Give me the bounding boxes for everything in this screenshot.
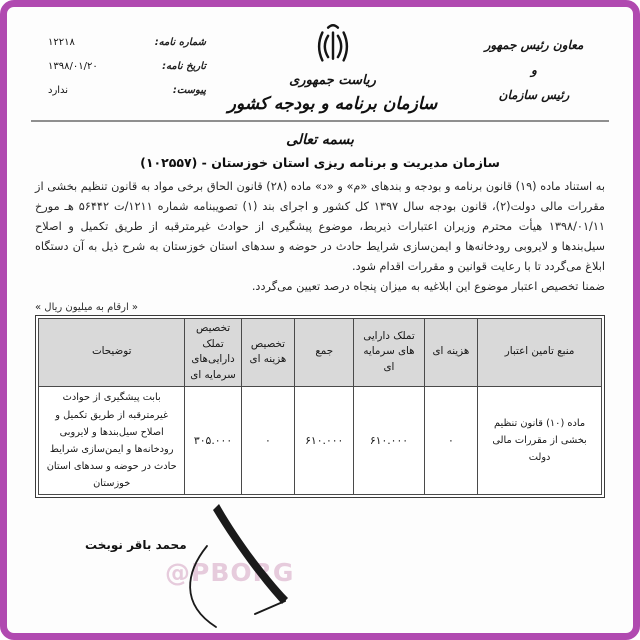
signature-icon <box>135 500 320 630</box>
header-cost: هزینه ای <box>424 318 477 387</box>
doc-title: سازمان مدیریت و برنامه ریزی استان خوزستا… <box>7 155 633 170</box>
cell-cost: ۰ <box>424 387 477 495</box>
deputy-title-line3: رئیس سازمان <box>459 83 609 108</box>
header-source: منبع تامین اعتبار <box>478 318 602 387</box>
header-total: جمع <box>295 318 354 387</box>
table-row: ماده (۱۰) قانون تنظیم بخشی از مقررات مال… <box>39 387 602 495</box>
deputy-title-line1: معاون رئیس جمهور <box>459 33 609 58</box>
deputy-title-line2: و <box>459 58 609 83</box>
org-block: ریاست جمهوری سازمان برنامه و بودجه کشور <box>206 21 459 114</box>
body-paragraph-2: ضمنا تخصیص اعتبار موضوع این ابلاغیه به م… <box>35 277 605 297</box>
meta-row-number: شماره نامه: ۱۲۲۱۸ <box>48 37 206 48</box>
letter-body: به استناد ماده (۱۹) قانون برنامه و بودجه… <box>35 177 605 298</box>
header-notes: توضیحات <box>39 318 185 387</box>
credit-table: منبع تامین اعتبار هزینه ای تملک دارایی ه… <box>38 318 602 496</box>
org-name: سازمان برنامه و بودجه کشور <box>206 94 459 114</box>
meta-label-attachment: پیوست: <box>173 85 206 96</box>
meta-row-date: تاریخ نامه: ۱۳۹۸/۰۱/۲۰ <box>48 61 206 72</box>
body-paragraph-1: به استناد ماده (۱۹) قانون برنامه و بودجه… <box>35 177 605 277</box>
credit-table-wrap: منبع تامین اعتبار هزینه ای تملک دارایی ه… <box>35 315 605 499</box>
cell-notes: بابت پیشگیری از حوادث غیرمترقبه از طریق … <box>39 387 185 495</box>
iran-emblem-icon <box>315 21 351 71</box>
document-frame: معاون رئیس جمهور و رئیس سازمان ریاست جمه… <box>0 0 640 640</box>
meta-label-number: شماره نامه: <box>155 37 206 48</box>
header-capital-assets: تملک دارایی های سرمایه ای <box>354 318 424 387</box>
meta-value-attachment: ندارد <box>48 85 68 96</box>
header-alloc-capital: تخصیص تملک دارایی‌های سرمایه ای <box>185 318 241 387</box>
meta-row-attachment: پیوست: ندارد <box>48 85 206 96</box>
besmele: بسمه تعالی <box>7 132 633 148</box>
deputy-title: معاون رئیس جمهور و رئیس سازمان <box>459 33 609 109</box>
cell-capital-assets: ۶۱۰.۰۰۰ <box>354 387 424 495</box>
meta-value-number: ۱۲۲۱۸ <box>48 37 75 48</box>
meta-label-date: تاریخ نامه: <box>162 61 206 72</box>
header-divider <box>31 120 609 122</box>
org-authority: ریاست جمهوری <box>206 73 459 88</box>
cell-total: ۶۱۰.۰۰۰ <box>295 387 354 495</box>
signature-area: @PBORG محمد باقر نوبخت <box>7 500 633 630</box>
units-note: « ارقام به میلیون ریال » <box>35 302 605 313</box>
header-alloc-cost: تخصیص هزینه ای <box>241 318 294 387</box>
meta-value-date: ۱۳۹۸/۰۱/۲۰ <box>48 61 98 72</box>
cell-alloc-cost: ۰ <box>241 387 294 495</box>
letter-meta: شماره نامه: ۱۲۲۱۸ تاریخ نامه: ۱۳۹۸/۰۱/۲۰… <box>31 37 206 109</box>
letterhead: معاون رئیس جمهور و رئیس سازمان ریاست جمه… <box>7 7 633 114</box>
cell-source: ماده (۱۰) قانون تنظیم بخشی از مقررات مال… <box>478 387 602 495</box>
cell-alloc-capital: ۳۰۵.۰۰۰ <box>185 387 241 495</box>
table-header-row: منبع تامین اعتبار هزینه ای تملک دارایی ه… <box>39 318 602 387</box>
